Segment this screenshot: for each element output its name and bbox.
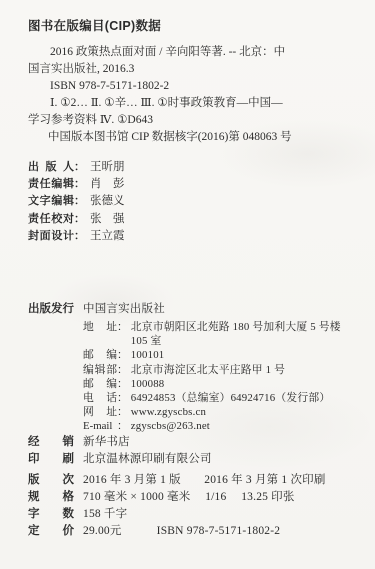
cip-isbn-line: ISBN 978-7-5171-1802-2 [28, 78, 351, 95]
address-value: 北京市朝阳区北苑路 180 号加利大厦 5 号楼 105 室 [131, 320, 351, 348]
address-label: 网址 [83, 405, 117, 419]
address-value: 100088 [131, 377, 165, 391]
cip-classification-line-1: Ⅰ. ①2… Ⅱ. ①辛… Ⅲ. ①时事政策教育—中国— [28, 95, 351, 112]
credit-label: 文字编辑 [28, 193, 74, 210]
pub-row-edition: 版次 2016 年 3 月第 1 版 2016 年 3 月第 1 次印刷 [28, 472, 351, 489]
credit-row-responsible-editor: 责任编辑： 肖 彭 [28, 176, 351, 193]
address-label: 电话 [83, 391, 117, 405]
pub-value: 中国言实出版社 [83, 301, 165, 318]
pub-label: 字数 [28, 506, 74, 523]
cip-title-line-2: 国言实出版社, 2016.3 [28, 61, 351, 78]
address-value: www.zgyscbs.cn [131, 405, 206, 419]
pub-row-word-count: 字数 158 千字 [28, 506, 351, 523]
colon: ： [117, 363, 128, 377]
credit-value: 王立霞 [90, 228, 125, 245]
credit-row-publisher-person: 出版人： 王昕朋 [28, 159, 351, 176]
address-label: 地址 [83, 320, 117, 348]
publisher-row: 出版发行 中国言实出版社 [28, 301, 351, 318]
credit-row-cover-designer: 封面设计： 王立霞 [28, 228, 351, 245]
colon: ： [117, 391, 128, 405]
address-row-editorial-dept: 编辑部： 北京市海淀区北太平庄路甲 1 号 [83, 363, 351, 377]
cip-header: 图书在版编目(CIP)数据 [28, 16, 351, 34]
colon: ： [74, 176, 85, 193]
address-label: E-mail [83, 419, 117, 433]
credit-label: 封面设计 [28, 228, 74, 245]
pub-row-printer: 印刷 北京温林源印刷有限公司 [28, 451, 351, 468]
pub-label: 经销 [28, 434, 74, 451]
credit-value: 张德义 [90, 193, 125, 210]
pub-value: 新华书店 [83, 434, 130, 451]
credits-section: 出版人： 王昕朋 责任编辑： 肖 彭 文字编辑： 张德义 责任校对： 张 强 封… [28, 159, 351, 245]
address-row-postcode-2: 邮编： 100088 [83, 377, 351, 391]
address-value: 64924853（总编室）64924716（发行部） [131, 391, 331, 405]
credit-label: 责任校对 [28, 211, 74, 228]
pub-label: 定价 [28, 523, 74, 540]
address-row-street: 地址： 北京市朝阳区北苑路 180 号加利大厦 5 号楼 105 室 [83, 320, 351, 348]
pub-row-distributor: 经销 新华书店 [28, 434, 351, 451]
cip-title-line-1: 2016 政策热点面对面 / 辛向阳等著. -- 北京：中 [28, 44, 351, 61]
colon: ： [74, 193, 85, 210]
address-value: zgyscbs@263.net [131, 419, 210, 433]
colon: ： [117, 320, 128, 348]
cip-record-line: 中国版本图书馆 CIP 数据核字(2016)第 048063 号 [28, 129, 351, 146]
pub-label: 印刷 [28, 451, 74, 468]
print-details-block: 经销 新华书店 印刷 北京温林源印刷有限公司 版次 2016 年 3 月第 1 … [28, 434, 351, 540]
address-value: 100101 [131, 348, 165, 362]
pub-row-price: 定价 29.00元 ISBN 978-7-5171-1802-2 [28, 523, 351, 540]
address-label: 编辑部 [83, 363, 117, 377]
pub-row-format: 规格 710 毫米 × 1000 毫米 1/16 13.25 印张 [28, 489, 351, 506]
address-value: 北京市海淀区北太平庄路甲 1 号 [131, 363, 285, 377]
pub-value: 158 千字 [83, 506, 127, 523]
credit-row-proofreader: 责任校对： 张 强 [28, 211, 351, 228]
pub-label: 出版发行 [28, 301, 74, 318]
pub-label: 规格 [28, 489, 74, 506]
credit-value: 肖 彭 [90, 176, 125, 193]
address-label: 邮编 [83, 377, 117, 391]
colon: ： [74, 159, 85, 176]
colon: ： [117, 377, 128, 391]
credit-label: 责任编辑 [28, 176, 74, 193]
colon: ： [117, 348, 128, 362]
cip-classification-line-2: 学习参考资料 Ⅳ. ①D643 [28, 112, 351, 129]
credit-row-text-editor: 文字编辑： 张德义 [28, 193, 351, 210]
credit-label: 出版人 [28, 159, 74, 176]
colon: ： [74, 211, 85, 228]
pub-value: 710 毫米 × 1000 毫米 1/16 13.25 印张 [83, 489, 295, 506]
address-block: 地址： 北京市朝阳区北苑路 180 号加利大厦 5 号楼 105 室 邮编： 1… [83, 320, 351, 434]
pub-label: 版次 [28, 472, 74, 489]
publishing-section: 出版发行 中国言实出版社 地址： 北京市朝阳区北苑路 180 号加利大厦 5 号… [28, 301, 351, 540]
colon: ： [74, 228, 85, 245]
pub-value: 北京温林源印刷有限公司 [83, 451, 212, 468]
colon: ： [117, 405, 128, 419]
address-row-email: E-mail： zgyscbs@263.net [83, 419, 351, 433]
address-label: 邮编 [83, 348, 117, 362]
credit-value: 王昕朋 [90, 159, 125, 176]
copyright-page: 图书在版编目(CIP)数据 2016 政策热点面对面 / 辛向阳等著. -- 北… [0, 0, 375, 569]
pub-value: 29.00元 ISBN 978-7-5171-1802-2 [83, 523, 280, 540]
cip-section: 图书在版编目(CIP)数据 2016 政策热点面对面 / 辛向阳等著. -- 北… [28, 16, 351, 146]
address-row-postcode-1: 邮编： 100101 [83, 348, 351, 362]
pub-value: 2016 年 3 月第 1 版 2016 年 3 月第 1 次印刷 [83, 472, 326, 489]
credit-value: 张 强 [90, 211, 125, 228]
colon: ： [117, 419, 128, 433]
address-row-website: 网址： www.zgyscbs.cn [83, 405, 351, 419]
address-row-phone: 电话： 64924853（总编室）64924716（发行部） [83, 391, 351, 405]
